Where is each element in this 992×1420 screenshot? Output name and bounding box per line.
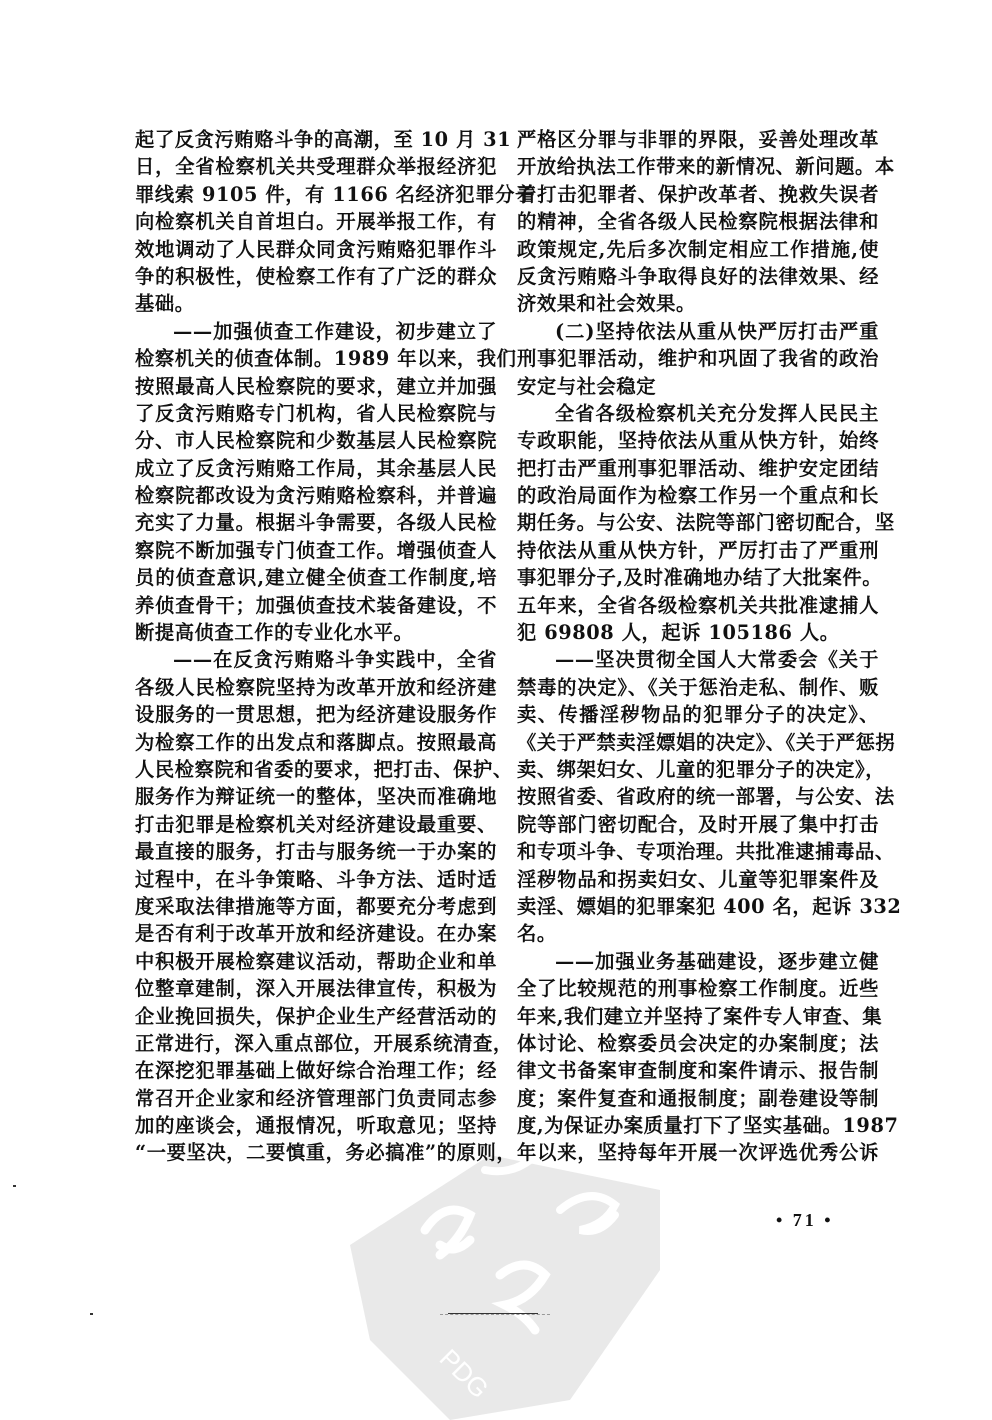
text-line: ——加强侦查工作建设，初步建立了 [135,318,497,345]
text-line: 断提高侦查工作的专业化水平。 [135,619,497,646]
text-line: 员的侦查意识,建立健全侦查工作制度,培 [135,564,497,591]
text-line: 年来,我们建立并坚持了案件专人审查、集 [517,1003,879,1030]
text-line: 犯 69808 人，起诉 105186 人。 [517,619,879,646]
text-line: 正常进行，深入重点部位，开展系统清查， [135,1030,497,1057]
text-line: ——坚决贯彻全国人大常委会《关于 [517,646,879,673]
text-line: 常召开企业家和经济管理部门负责同志参 [135,1085,497,1112]
scan-speck [13,1185,16,1187]
text-line: 把打击严重刑事犯罪活动、维护安定团结 [517,455,879,482]
text-line: 度采取法律措施等方面，都要充分考虑到 [135,893,497,920]
text-line: ——在反贪污贿赂斗争实践中，全省 [135,646,497,673]
text-line: 打击犯罪是检察机关对经济建设最重要、 [135,811,497,838]
text-line: 淫秽物品和拐卖妇女、儿童等犯罪案件及 [517,866,879,893]
text-line: “一要坚决，二要慎重，务必搞准”的原则， [135,1139,497,1166]
text-line: 禁毒的决定》、《关于惩治走私、制作、贩 [517,674,879,701]
text-line: 名。 [517,920,879,947]
text-line: 安定与社会稳定 [517,373,879,400]
text-line: 年以来，坚持每年开展一次评选优秀公诉 [517,1139,879,1166]
text-line: 日，全省检察机关共受理群众举报经济犯 [135,153,497,180]
text-line: 企业挽回损失，保护企业生产经营活动的 [135,1003,497,1030]
footer-rule-faint [440,1314,550,1315]
text-line: 度；案件复查和通报制度；副卷建设等制 [517,1085,879,1112]
text-line: 刑事犯罪活动，维护和巩固了我省的政治 [517,345,879,372]
text-line: 充实了力量。根据斗争需要，各级人民检 [135,509,497,536]
text-line: 的政治局面作为检察工作另一个重点和长 [517,482,879,509]
text-line: 了反贪污贿赂专门机构，省人民检察院与 [135,400,497,427]
text-line: 着打击犯罪者、保护改革者、挽救失误者 [517,181,879,208]
text-line: 各级人民检察院坚持为改革开放和经济建 [135,674,497,701]
scan-speck [90,1313,93,1315]
text-line: 最直接的服务，打击与服务统一于办案的 [135,838,497,865]
text-line: 全省各级检察机关充分发挥人民民主 [517,400,879,427]
text-line: 为检察工作的出发点和落脚点。按照最高 [135,729,497,756]
text-line: 按照省委、省政府的统一部署，与公安、法 [517,783,879,810]
text-line: 度,为保证办案质量打下了坚实基础。1987 [517,1112,879,1139]
text-line: 卖、传播淫秽物品的犯罪分子的决定》、 [517,701,879,728]
text-line: 在深挖犯罪基础上做好综合治理工作；经 [135,1057,497,1084]
text-line: 过程中，在斗争策略、斗争方法、适时适 [135,866,497,893]
text-line: 中积极开展检察建议活动，帮助企业和单 [135,948,497,975]
text-line: 专政职能，坚持依法从重从快方针，始终 [517,427,879,454]
text-line: 期任务。与公安、法院等部门密切配合，坚 [517,509,879,536]
text-line: 起了反贪污贿赂斗争的高潮，至 10 月 31 [135,126,497,153]
text-line: 律文书备案审查制度和案件请示、报告制 [517,1057,879,1084]
text-line: 全了比较规范的刑事检察工作制度。近些 [517,975,879,1002]
text-line: 分、市人民检察院和少数基层人民检察院 [135,427,497,454]
text-line: 开放给执法工作带来的新情况、新问题。本 [517,153,879,180]
text-line: 向检察机关自首坦白。开展举报工作，有 [135,208,497,235]
text-line: 人民检察院和省委的要求，把打击、保护、 [135,756,497,783]
watermark-seal-icon: PDG [330,1150,660,1420]
text-line: 院等部门密切配合，及时开展了集中打击 [517,811,879,838]
right-text-column: 严格区分罪与非罪的界限，妥善处理改革开放给执法工作带来的新情况、新问题。本着打击… [517,126,879,1167]
document-page: PDG 起了反贪污贿赂斗争的高潮，至 10 月 31日，全省检察机关共受理群众举… [0,0,992,1420]
text-line: ——加强业务基础建设，逐步建立健 [517,948,879,975]
text-line: 严格区分罪与非罪的界限，妥善处理改革 [517,126,879,153]
text-line: 察院不断加强专门侦查工作。增强侦查人 [135,537,497,564]
left-text-column: 起了反贪污贿赂斗争的高潮，至 10 月 31日，全省检察机关共受理群众举报经济犯… [135,126,497,1167]
text-line: 的精神，全省各级人民检察院根据法律和 [517,208,879,235]
text-line: 检察机关的侦查体制。1989 年以来，我们 [135,345,497,372]
text-line: 济效果和社会效果。 [517,290,879,317]
text-line: 成立了反贪污贿赂工作局，其余基层人民 [135,455,497,482]
text-line: (二)坚持依法从重从快严厉打击严重 [517,318,879,345]
text-line: 是否有利于改革开放和经济建设。在办案 [135,920,497,947]
text-line: 反贪污贿赂斗争取得良好的法律效果、经 [517,263,879,290]
text-line: 加的座谈会，通报情况，听取意见；坚持 [135,1112,497,1139]
text-line: 设服务的一贯思想，把为经济建设服务作 [135,701,497,728]
text-line: 养侦查骨干；加强侦查技术装备建设，不 [135,592,497,619]
text-line: 争的积极性，使检察工作有了广泛的群众 [135,263,497,290]
text-line: 卖、绑架妇女、儿童的犯罪分子的决定》， [517,756,879,783]
text-line: 《关于严禁卖淫嫖娼的决定》、《关于严惩拐 [517,729,879,756]
text-line: 服务作为辩证统一的整体，坚决而准确地 [135,783,497,810]
text-line: 五年来，全省各级检察机关共批准逮捕人 [517,592,879,619]
text-line: 位整章建制，深入开展法律宣传，积极为 [135,975,497,1002]
text-line: 罪线索 9105 件，有 1166 名经济犯罪分子 [135,181,497,208]
text-line: 效地调动了人民群众同贪污贿赂犯罪作斗 [135,236,497,263]
text-line: 事犯罪分子,及时准确地办结了大批案件。 [517,564,879,591]
text-line: 体讨论、检察委员会决定的办案制度；法 [517,1030,879,1057]
page-number: • 71 • [776,1210,834,1231]
text-line: 基础。 [135,290,497,317]
text-line: 持依法从重从快方针，严厉打击了严重刑 [517,537,879,564]
text-line: 政策规定,先后多次制定相应工作措施,使 [517,236,879,263]
footer-rule [448,1313,538,1314]
text-line: 检察院都改设为贪污贿赂检察科，并普遍 [135,482,497,509]
text-line: 卖淫、嫖娼的犯罪案犯 400 名，起诉 332 [517,893,879,920]
text-line: 和专项斗争、专项治理。共批准逮捕毒品、 [517,838,879,865]
text-line: 按照最高人民检察院的要求，建立并加强 [135,373,497,400]
